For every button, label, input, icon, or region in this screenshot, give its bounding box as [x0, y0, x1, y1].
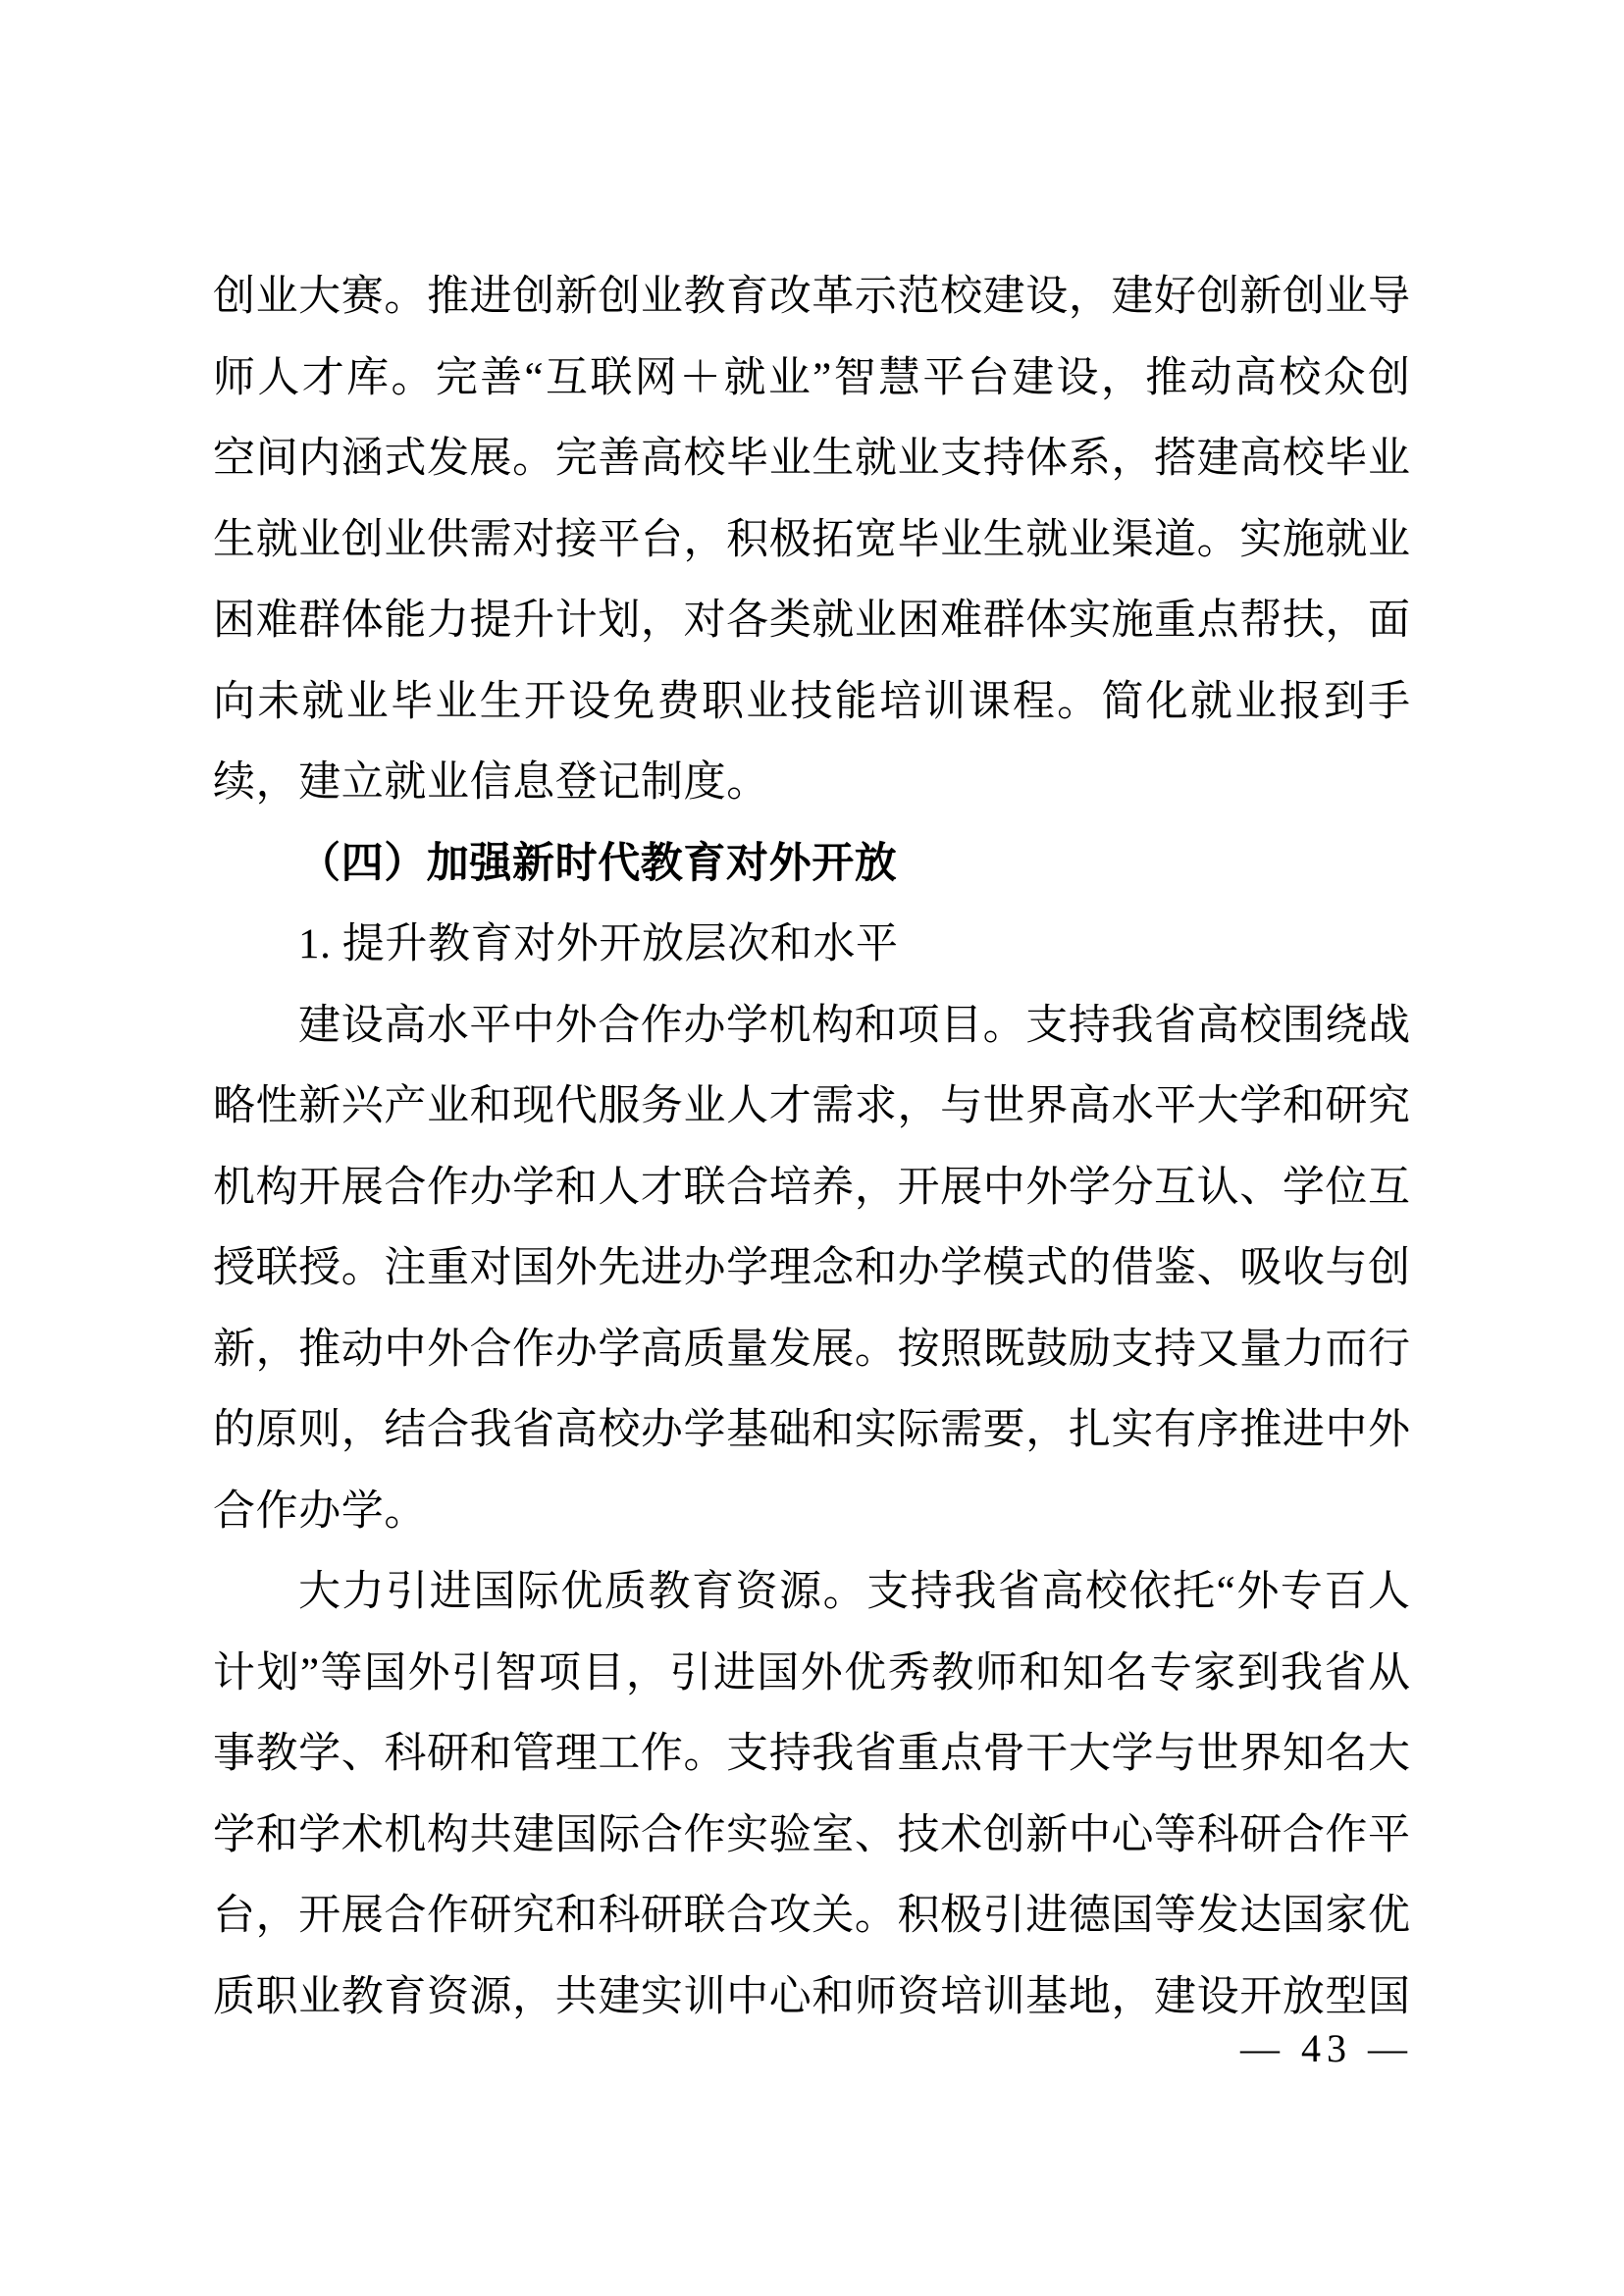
text-line: 困难群体能力提升计划，对各类就业困难群体实施重点帮扶，面 — [213, 581, 1410, 662]
text-line: 授联授。注重对国外先进办学理念和办学模式的借鉴、吸收与创 — [213, 1228, 1410, 1310]
text-line: 向未就业毕业生开设免费职业技能培训课程。简化就业报到手 — [213, 662, 1410, 744]
text-block: 创业大赛。推进创新创业教育改革示范校建设，建好创新创业导师人才库。完善“互联网＋… — [213, 257, 1410, 2038]
text-line: 机构开展合作办学和人才联合培养，开展中外学分互认、学位互 — [213, 1148, 1410, 1229]
text-line: 空间内涵式发展。完善高校毕业生就业支持体系，搭建高校毕业 — [213, 419, 1410, 500]
text-line: 计划”等国外引智项目，引进国外优秀教师和知名专家到我省从 — [213, 1634, 1410, 1715]
text-line: 建设高水平中外合作办学机构和项目。支持我省高校围绕战 — [213, 986, 1410, 1068]
page-number: — 43 — — [1240, 2027, 1413, 2070]
text-line: 续，建立就业信息登记制度。 — [213, 743, 1410, 824]
text-line: 新，推动中外合作办学高质量发展。按照既鼓励支持又量力而行 — [213, 1310, 1410, 1391]
numbered-subheading-line: 1. 提升教育对外开放层次和水平 — [213, 905, 1410, 986]
document-page: 创业大赛。推进创新创业教育改革示范校建设，建好创新创业导师人才库。完善“互联网＋… — [0, 0, 1624, 2296]
text-line: 师人才库。完善“互联网＋就业”智慧平台建设，推动高校众创 — [213, 339, 1410, 420]
section-heading-line: （四）加强新时代教育对外开放 — [213, 824, 1410, 906]
text-line: 的原则，结合我省高校办学基础和实际需要，扎实有序推进中外 — [213, 1390, 1410, 1472]
text-line: 学和学术机构共建国际合作实验室、技术创新中心等科研合作平 — [213, 1796, 1410, 1877]
text-line: 大力引进国际优质教育资源。支持我省高校依托“外专百人 — [213, 1552, 1410, 1634]
text-line: 合作办学。 — [213, 1472, 1410, 1553]
text-line: 略性新兴产业和现代服务业人才需求，与世界高水平大学和研究 — [213, 1067, 1410, 1148]
text-line: 创业大赛。推进创新创业教育改革示范校建设，建好创新创业导 — [213, 257, 1410, 339]
text-line: 事教学、科研和管理工作。支持我省重点骨干大学与世界知名大 — [213, 1714, 1410, 1796]
text-line: 质职业教育资源，共建实训中心和师资培训基地，建设开放型国 — [213, 1957, 1410, 2039]
text-line: 生就业创业供需对接平台，积极拓宽毕业生就业渠道。实施就业 — [213, 500, 1410, 582]
text-line: 台，开展合作研究和科研联合攻关。积极引进德国等发达国家优 — [213, 1876, 1410, 1957]
